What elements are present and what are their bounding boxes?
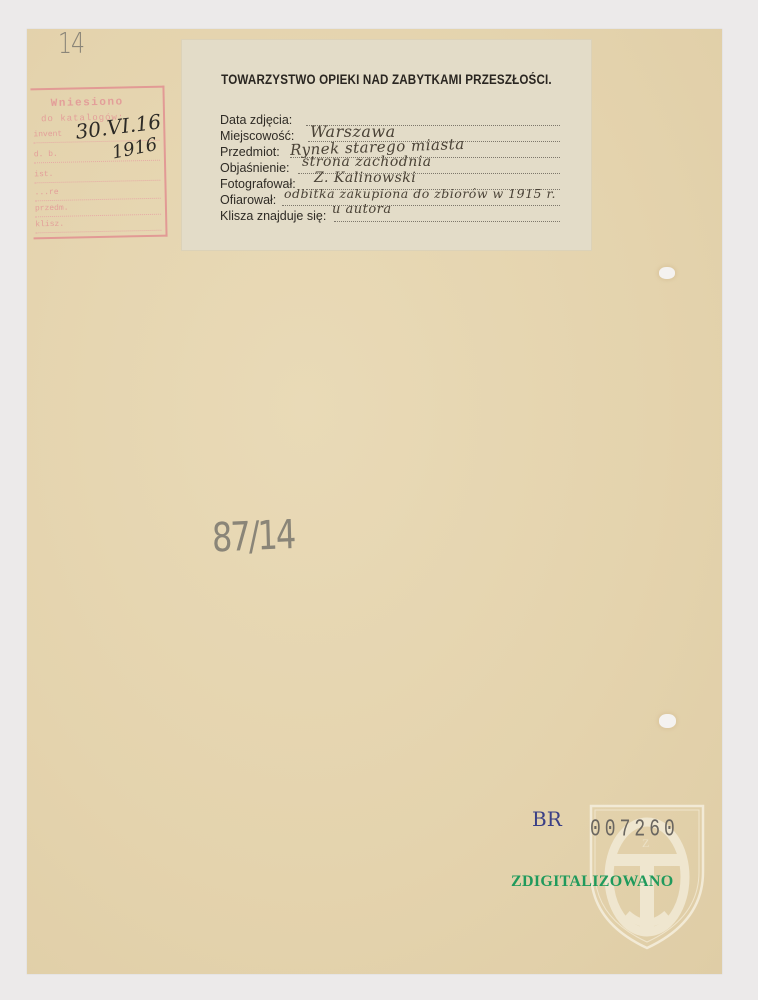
field-label: Ofiarował: — [220, 193, 276, 207]
punch-hole — [659, 714, 676, 728]
stamp-row: ist. — [34, 168, 160, 184]
card-heading: TOWARZYSTWO OPIEKI NAD ZABYTKAMI PRZESZŁ… — [211, 72, 563, 87]
handwritten-donor: odbitka zakupiona do zbiorów w 1915 r. — [284, 186, 556, 201]
stamp-row: ...re — [35, 186, 161, 202]
field-label: Przedmiot: — [220, 145, 280, 159]
handwritten-photographer: Z. Kalinowski — [314, 170, 416, 186]
stamp-row: przedm. — [35, 202, 161, 218]
archive-number: 87/14 — [211, 510, 294, 561]
photo-label-card: TOWARZYSTWO OPIEKI NAD ZABYTKAMI PRZESZŁ… — [182, 40, 591, 250]
field-label: Klisza znajduje się: — [220, 209, 326, 223]
digitized-stamp: ZDIGITALIZOWANO — [511, 873, 673, 891]
handwritten-negative: u autora — [332, 202, 392, 217]
br-mark: BR — [532, 807, 562, 831]
catalog-stamp: Wniesiono do katalogów: invent d. b. ist… — [30, 86, 167, 240]
corner-number: 14 — [58, 28, 84, 61]
field-label: Miejscowość: — [220, 129, 294, 143]
inventory-number: 007260 — [590, 817, 679, 844]
field-label: Objaśnienie: — [220, 161, 290, 175]
punch-hole — [659, 267, 675, 279]
stamp-row: klisz. — [35, 218, 161, 234]
archival-sheet: 14 Wniesiono do katalogów: invent d. b. … — [27, 29, 722, 974]
handwritten-description: strona zachodnia — [302, 154, 432, 170]
stamp-title: Wniesiono — [51, 96, 124, 110]
field-label: Data zdjęcia: — [220, 113, 292, 127]
